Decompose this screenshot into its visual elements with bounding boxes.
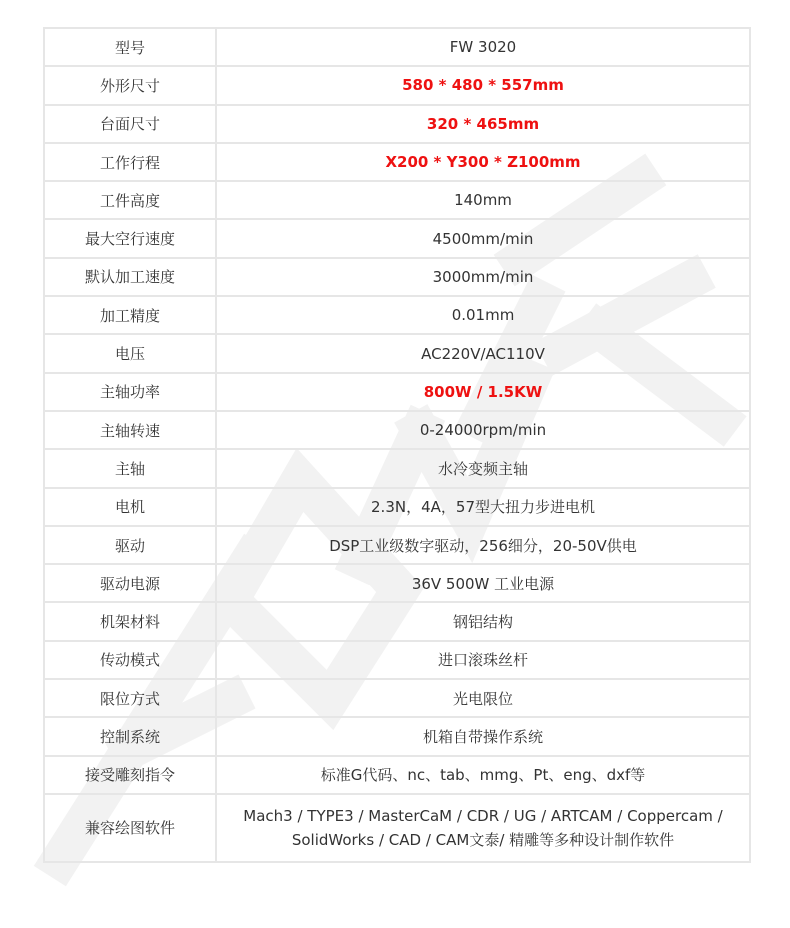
- spec-label: 传动模式: [44, 641, 216, 679]
- spec-row: 机架材料钢铝结构: [44, 602, 750, 640]
- spec-row: 加工精度0.01mm: [44, 296, 750, 334]
- spec-value: 800W / 1.5KW: [216, 373, 750, 411]
- spec-row: 默认加工速度3000mm/min: [44, 258, 750, 296]
- spec-label: 接受雕刻指令: [44, 756, 216, 794]
- spec-value: 进口滚珠丝杆: [216, 641, 750, 679]
- spec-row: 台面尺寸320 * 465mm: [44, 105, 750, 143]
- spec-value: 2.3N，4A，57型大扭力步进电机: [216, 488, 750, 526]
- spec-label: 加工精度: [44, 296, 216, 334]
- spec-row: 驱动电源36V 500W 工业电源: [44, 564, 750, 602]
- spec-row: 型号FW 3020: [44, 28, 750, 66]
- spec-value: 36V 500W 工业电源: [216, 564, 750, 602]
- spec-row: 工件高度140mm: [44, 181, 750, 219]
- spec-value: 标准G代码、nc、tab、mmg、Pt、eng、dxf等: [216, 756, 750, 794]
- spec-row: 电压AC220V/AC110V: [44, 334, 750, 372]
- spec-label: 工件高度: [44, 181, 216, 219]
- spec-label: 默认加工速度: [44, 258, 216, 296]
- spec-value: 580 * 480 * 557mm: [216, 66, 750, 104]
- spec-row: 最大空行速度4500mm/min: [44, 219, 750, 257]
- spec-row: 传动模式进口滚珠丝杆: [44, 641, 750, 679]
- spec-label: 限位方式: [44, 679, 216, 717]
- spec-value-line: Mach3 / TYPE3 / MasterCaM / CDR / UG / A…: [223, 804, 743, 828]
- spec-value: 140mm: [216, 181, 750, 219]
- spec-label: 电压: [44, 334, 216, 372]
- spec-row: 限位方式光电限位: [44, 679, 750, 717]
- spec-label: 主轴转速: [44, 411, 216, 449]
- spec-value: 机箱自带操作系统: [216, 717, 750, 755]
- spec-row: 控制系统机箱自带操作系统: [44, 717, 750, 755]
- spec-value: 钢铝结构: [216, 602, 750, 640]
- spec-label: 最大空行速度: [44, 219, 216, 257]
- spec-label: 机架材料: [44, 602, 216, 640]
- spec-value: 光电限位: [216, 679, 750, 717]
- spec-value: AC220V/AC110V: [216, 334, 750, 372]
- spec-label: 台面尺寸: [44, 105, 216, 143]
- spec-label: 型号: [44, 28, 216, 66]
- spec-value: 320 * 465mm: [216, 105, 750, 143]
- spec-value: DSP工业级数字驱动，256细分，20-50V供电: [216, 526, 750, 564]
- spec-label: 兼容绘图软件: [44, 794, 216, 862]
- spec-row: 主轴功率800W / 1.5KW: [44, 373, 750, 411]
- spec-value: Mach3 / TYPE3 / MasterCaM / CDR / UG / A…: [216, 794, 750, 862]
- spec-value: 0-24000rpm/min: [216, 411, 750, 449]
- spec-value: 4500mm/min: [216, 219, 750, 257]
- spec-row: 接受雕刻指令标准G代码、nc、tab、mmg、Pt、eng、dxf等: [44, 756, 750, 794]
- spec-label: 主轴: [44, 449, 216, 487]
- spec-row: 主轴水冷变频主轴: [44, 449, 750, 487]
- spec-value: FW 3020: [216, 28, 750, 66]
- spec-row: 兼容绘图软件Mach3 / TYPE3 / MasterCaM / CDR / …: [44, 794, 750, 862]
- spec-label: 电机: [44, 488, 216, 526]
- spec-row: 外形尺寸580 * 480 * 557mm: [44, 66, 750, 104]
- spec-row: 驱动DSP工业级数字驱动，256细分，20-50V供电: [44, 526, 750, 564]
- spec-row: 主轴转速0-24000rpm/min: [44, 411, 750, 449]
- spec-row: 工作行程X200 * Y300 * Z100mm: [44, 143, 750, 181]
- spec-label: 主轴功率: [44, 373, 216, 411]
- spec-table: 型号FW 3020外形尺寸580 * 480 * 557mm台面尺寸320 * …: [43, 27, 751, 863]
- spec-value: X200 * Y300 * Z100mm: [216, 143, 750, 181]
- spec-label: 控制系统: [44, 717, 216, 755]
- spec-row: 电机2.3N，4A，57型大扭力步进电机: [44, 488, 750, 526]
- spec-label: 工作行程: [44, 143, 216, 181]
- spec-value-line: SolidWorks / CAD / CAM文泰/ 精雕等多种设计制作软件: [223, 828, 743, 852]
- spec-label: 驱动电源: [44, 564, 216, 602]
- spec-value: 3000mm/min: [216, 258, 750, 296]
- spec-label: 驱动: [44, 526, 216, 564]
- spec-value: 水冷变频主轴: [216, 449, 750, 487]
- spec-label: 外形尺寸: [44, 66, 216, 104]
- spec-value: 0.01mm: [216, 296, 750, 334]
